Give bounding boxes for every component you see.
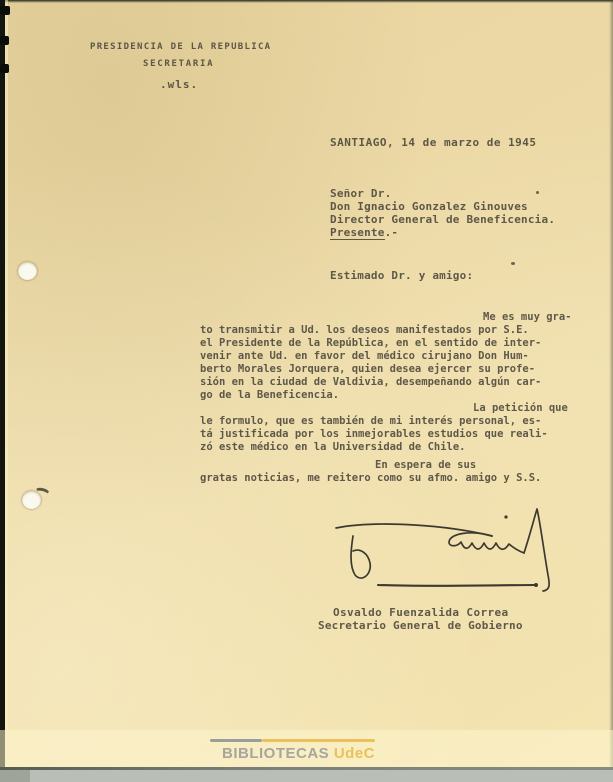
presente-suffix: .-	[385, 226, 399, 239]
body-paragraph-2: La petición que le formulo, que es tambi…	[200, 402, 610, 454]
letterhead-reference: .wls.	[160, 78, 198, 91]
salutation: Estimado Dr. y amigo:	[330, 269, 473, 282]
scanner-background-strip	[0, 770, 613, 782]
recipient-line: Don Ignacio Gonzalez Ginouves	[330, 200, 528, 213]
watermark-institution: UdeC	[334, 745, 375, 762]
signer-name: Osvaldo Fuenzalida Correa	[333, 606, 509, 619]
body-paragraph-3: En espera de sus gratas noticias, me rei…	[200, 459, 610, 485]
date-line: SANTIAGO, 14 de marzo de 1945	[330, 136, 537, 149]
recipient-line: Señor Dr.	[330, 187, 391, 200]
recipient-block: Señor Dr. Don Ignacio Gonzalez Ginouves …	[330, 187, 555, 226]
paper-edge-highlight	[5, 0, 8, 782]
handwritten-signature-icon	[322, 497, 572, 607]
library-watermark: BIBLIOTECAS UdeC	[222, 745, 375, 762]
hole-punch	[22, 491, 41, 509]
hole-punch	[18, 262, 37, 280]
scan-mark	[0, 6, 10, 15]
letterhead-line-2: SECRETARIA	[143, 59, 214, 69]
scan-speck	[511, 262, 515, 265]
watermark-library-name: BIBLIOTECAS	[222, 745, 329, 762]
scan-edge-top	[0, 0, 613, 3]
letterhead-line-1: PRESIDENCIA DE LA REPUBLICA	[90, 42, 271, 52]
presente-line: Presente.-	[330, 226, 398, 239]
scanned-letter-page: PRESIDENCIA DE LA REPUBLICA SECRETARIA .…	[0, 0, 613, 782]
recipient-line: Director General de Beneficencia.	[330, 213, 555, 226]
signer-title: Secretario General de Gobierno	[318, 619, 523, 632]
scan-mark	[0, 64, 9, 73]
body-paragraph-1: Me es muy gra- to transmitir a Ud. los d…	[200, 311, 610, 402]
scanner-background-shadow	[0, 770, 30, 782]
watermark-divider-orange	[262, 739, 375, 742]
scan-mark	[0, 36, 9, 45]
watermark-divider-gray	[210, 739, 262, 742]
presente-word: Presente	[330, 226, 385, 240]
